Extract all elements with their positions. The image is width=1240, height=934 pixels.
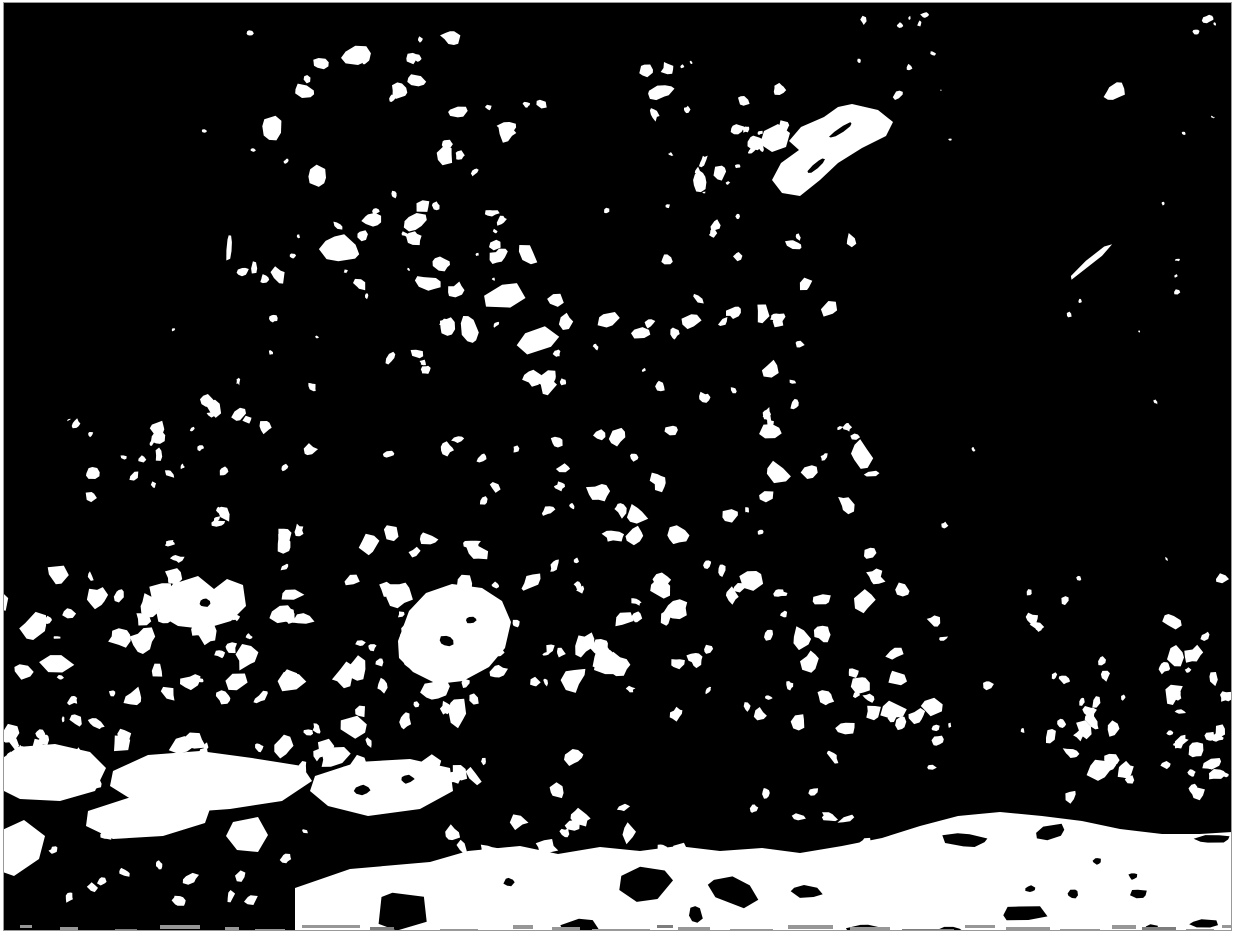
page — [0, 0, 1240, 934]
artifact-dash — [302, 925, 360, 928]
artifact-dash — [513, 925, 533, 929]
artifact-dash — [160, 925, 200, 929]
artifact-dash — [1222, 925, 1232, 928]
artifact-dash — [657, 925, 673, 928]
artifact-dash — [225, 927, 239, 930]
binary-image-svg — [0, 0, 1240, 934]
artifact-dash — [850, 927, 890, 930]
binarized-image-figure — [0, 0, 1240, 934]
artifact-dash — [788, 925, 833, 929]
artifact-dash — [20, 925, 32, 928]
artifact-dash — [1142, 927, 1176, 930]
artifact-dash — [965, 925, 995, 928]
artifact-dash — [552, 927, 580, 930]
artifact-dash — [1112, 925, 1136, 929]
